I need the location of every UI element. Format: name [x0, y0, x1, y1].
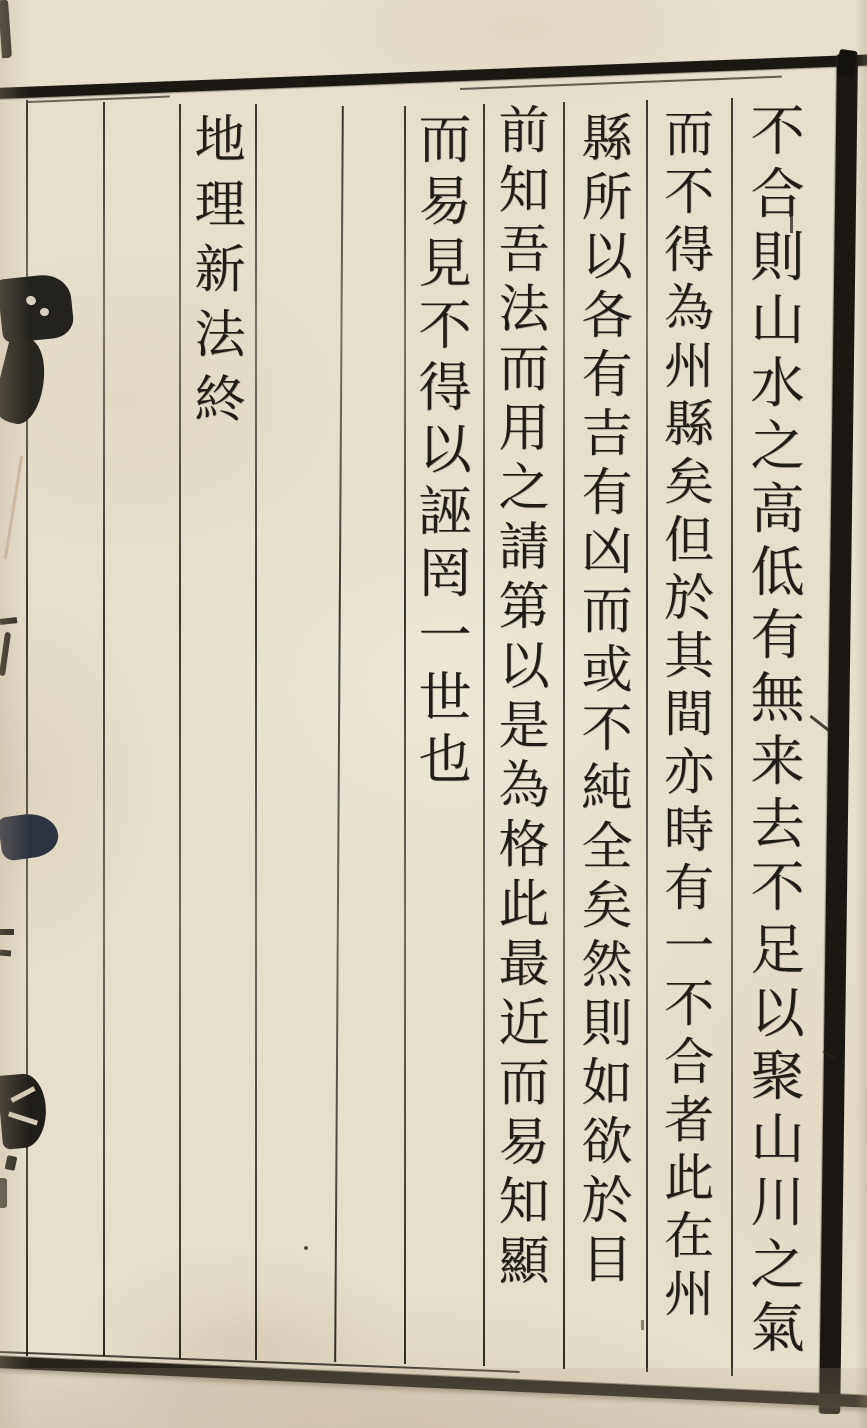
column-rule: [646, 100, 648, 1372]
stray-ink-mark: [810, 715, 830, 732]
stray-ink-mark: [641, 1320, 644, 1330]
page-edge-fragment: [5, 1155, 18, 1171]
page-edge-fragment: [0, 1178, 7, 1208]
column-rule: [334, 106, 344, 1362]
page-edge-fragment: [0, 1072, 49, 1150]
page-edge-fragment: [0, 272, 75, 343]
book-page-scan: 不合則山水之高低有無来去不足以聚山川之氣 而不得為州縣矣但於其間亦時有一不合者此…: [0, 0, 867, 1428]
page-edge-fragment: [0, 810, 61, 862]
column-rule: [255, 104, 257, 1360]
column-rule: [731, 98, 733, 1376]
page-edge-fragment: [0, 334, 54, 428]
column-rule: [563, 102, 565, 1369]
page-edge-fragment: [0, 617, 17, 625]
text-column-5: 而易見不得以誣罔一世也: [414, 111, 467, 793]
paper-scratch: [4, 455, 23, 559]
text-column-3: 縣所以各有吉有凶而或不純全矣然則如欲於目: [576, 111, 627, 1291]
column-rule: [103, 102, 105, 1356]
page-edge-fragment: [0, 0, 12, 58]
stray-ink-mark: [790, 207, 793, 233]
frame-border-right: [819, 54, 858, 1414]
frame-border-bottom: [0, 1356, 867, 1408]
page-edge-fragment: [0, 929, 14, 935]
page-edge-fragment: [0, 632, 11, 676]
page-edge-fragment-highlight: [40, 308, 49, 316]
frame-corner-top-right: [836, 49, 857, 77]
text-column-1: 不合則山水之高低有無来去不足以聚山川之氣: [746, 102, 800, 1362]
text-column-4: 前知吾法而用之請第以是為格此最近而易知顯: [493, 103, 544, 1293]
stray-ink-mark: [304, 1246, 308, 1250]
page-edge-fragment: [0, 949, 11, 956]
text-column-2: 而不得為州縣矣但於其間亦時有一不合者此在州: [660, 107, 710, 1325]
paper-shading: [855, 0, 867, 1428]
colophon-column: 地理新法終: [189, 112, 240, 437]
column-rule: [179, 104, 181, 1358]
column-rule: [404, 106, 406, 1364]
column-rule: [483, 104, 485, 1366]
